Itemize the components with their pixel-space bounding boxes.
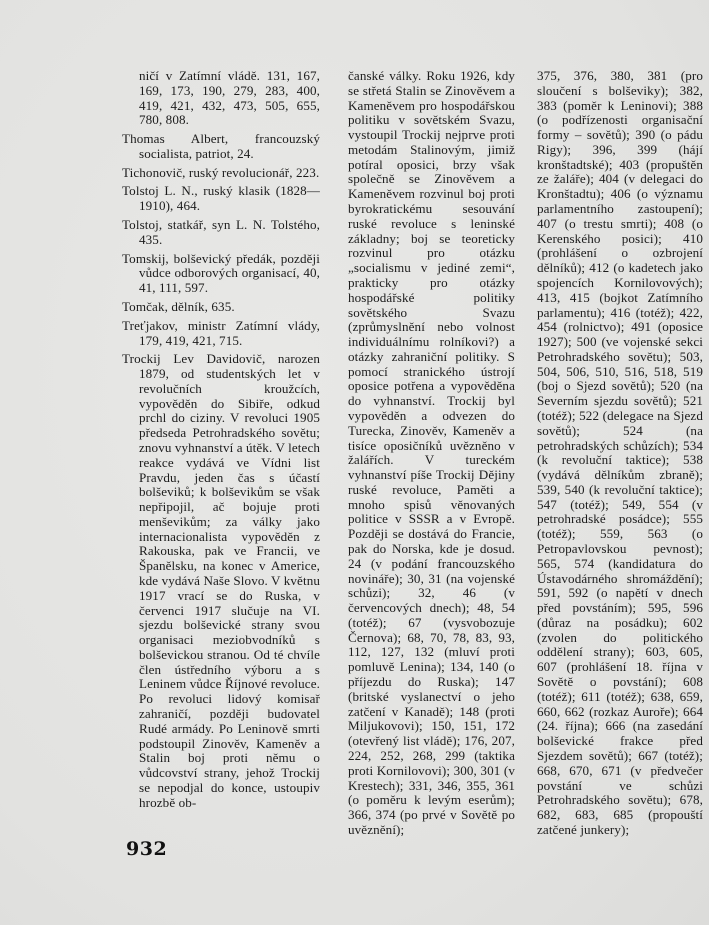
index-entry-trockij-references: 375, 376, 380, 381 (pro sloučení s bolše… (537, 69, 703, 838)
page-number: 932 (126, 838, 167, 860)
index-column-middle: čanské války. Roku 1926, kdy se střetá S… (348, 69, 515, 838)
index-entry-tolstoj-statkar: Tolstoj, statkář, syn L. N. Tolstého, 43… (122, 218, 320, 248)
index-column-right: 375, 376, 380, 381 (pro sloučení s bolše… (537, 69, 703, 838)
index-entry-tomskij: Tomskij, bolševický předák, později vůdc… (122, 252, 320, 296)
index-entry-tolstoj-klasik: Tolstoj L. N., ruský klasik (1828—1910),… (122, 184, 320, 214)
index-entry-trockij: Trockij Lev Davidovič, narozen 1879, od … (122, 352, 320, 810)
index-column-left: ničí v Zatímní vládě. 131, 167, 169, 173… (122, 69, 320, 815)
book-page: ničí v Zatímní vládě. 131, 167, 169, 173… (0, 0, 709, 925)
index-entry-thomas: Thomas Albert, francouzský socialista, p… (122, 132, 320, 162)
index-entry-trockij-continued: čanské války. Roku 1926, kdy se střetá S… (348, 69, 515, 838)
index-entry-tichonovic: Tichonovič, ruský revolucionář, 223. (122, 166, 320, 181)
index-entry-tomcak: Tomčak, dělník, 635. (122, 300, 320, 315)
index-entry-continuation: ničí v Zatímní vládě. 131, 167, 169, 173… (122, 69, 320, 128)
index-entry-tretjakov: Treťjakov, ministr Zatímní vlády, 179, 4… (122, 319, 320, 349)
